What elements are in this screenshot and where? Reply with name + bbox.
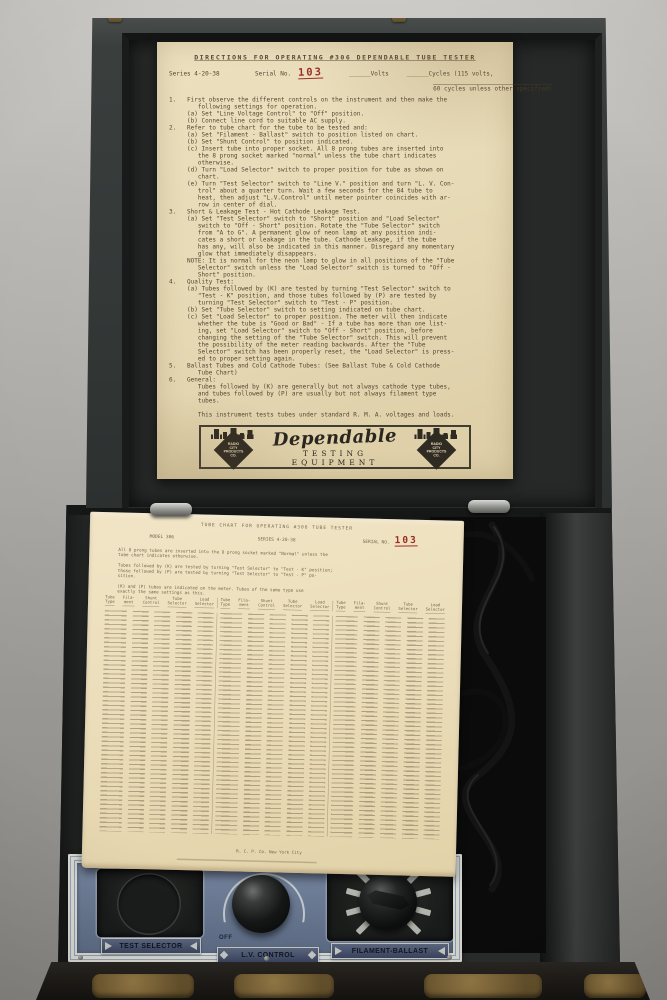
- chart-header-group: Tube Type Fila- ment Shunt Control Tube …: [217, 598, 333, 611]
- chart-column-header: Fila- ment: [123, 596, 135, 607]
- case-front: [36, 962, 650, 1000]
- chart-column-header: Load Selector: [426, 603, 446, 614]
- brand-block: Dependable TESTING EQUIPMENT: [259, 427, 412, 467]
- chart-column-header: Shunt Control: [258, 599, 275, 610]
- volts-cycles-line: ______Volts ______Cycles (115 volts, 60 …: [349, 70, 509, 92]
- banner-arrow-icon: [438, 947, 445, 955]
- instruction-sheet: DIRECTIONS FOR OPERATING #306 DEPENDABLE…: [157, 42, 513, 479]
- hinge-right: [468, 500, 510, 513]
- banner-cap-icon: [308, 951, 316, 959]
- chart-column: [99, 610, 126, 831]
- banner-arrow-icon: [105, 942, 112, 950]
- chart-column-group: [211, 613, 332, 837]
- panel-screw: [447, 955, 452, 960]
- chart-column: [330, 616, 357, 837]
- chart-column-group: [96, 610, 216, 834]
- test-selector-banner: TEST SELECTOR: [101, 938, 201, 954]
- chart-column-header: Load Selector: [310, 600, 330, 611]
- brass-fitting: [92, 974, 194, 998]
- lid-recess: DIRECTIONS FOR OPERATING #306 DEPENDABLE…: [122, 33, 602, 514]
- booklet-intro: All 8 prong tubes are inserted into the …: [117, 547, 438, 602]
- chart-rows-texture: [96, 610, 447, 839]
- doc-serial-label: Serial No.: [255, 70, 291, 77]
- brass-fitting: [584, 974, 646, 998]
- volts-cycles-line1: ______Volts ______Cycles (115 volts,: [349, 70, 493, 77]
- chart-column: [286, 615, 307, 836]
- hinge-left: [150, 503, 192, 516]
- chart-column: [380, 617, 401, 838]
- chart-column-header: Tube Type: [336, 601, 346, 612]
- case-right-wall: [540, 513, 620, 965]
- doc-title: DIRECTIONS FOR OPERATING #306 DEPENDABLE…: [157, 54, 513, 62]
- chart-column: [423, 618, 444, 839]
- volts-cycles-line2: 60 cycles unless other specified): [433, 84, 552, 92]
- doc-body: 1. First observe the different controls …: [169, 96, 515, 418]
- chart-column-header: Load Selector: [195, 597, 215, 608]
- diamond-badge: RADIO CITY PRODUCTS CO.: [213, 430, 253, 470]
- chart-column-header: Tube Selector: [283, 599, 303, 610]
- test-selector-label: TEST SELECTOR: [115, 943, 187, 950]
- booklet-footer: R. C. P. Co. New York City: [82, 845, 456, 859]
- chart-column: [215, 613, 242, 834]
- chart-column: [308, 615, 329, 836]
- logo-box: RADIO CITY PRODUCTS CO. Dependable TESTI…: [199, 425, 471, 469]
- chart-column-header: Tube Selector: [167, 597, 187, 608]
- booklet-title: TUBE CHART FOR OPERATING #306 TUBE TESTE…: [90, 520, 464, 534]
- chart-column-header: Shunt Control: [374, 602, 391, 613]
- serial-stamp: 103: [298, 66, 323, 80]
- chart-column-header: Tube Type: [105, 595, 115, 606]
- chart-column-header: Shunt Control: [143, 596, 160, 607]
- filament-ballast-banner: FILAMENT-BALLAST: [331, 943, 449, 959]
- chart-header-group: Tube Type Fila- ment Shunt Control Tube …: [102, 595, 217, 608]
- maker-name: RADIO CITY PRODUCTS CO.: [219, 436, 247, 464]
- brass-fitting: [424, 974, 542, 998]
- case-lid: DIRECTIONS FOR OPERATING #306 DEPENDABLE…: [86, 18, 612, 508]
- booklet-serial-label: SERIAL NO.: [363, 539, 390, 545]
- brand-name: Dependable: [258, 424, 412, 450]
- chart-column-header: Tube Selector: [398, 602, 418, 613]
- chart-column: [402, 618, 423, 839]
- tube-chart-booklet: TUBE CHART FOR OPERATING #306 TUBE TESTE…: [82, 512, 465, 877]
- chart-column-header: Fila- ment: [353, 601, 365, 612]
- panel-screw: [264, 956, 269, 961]
- banner-arrow-icon: [190, 942, 197, 950]
- filament-ballast-label: FILAMENT-BALLAST: [345, 948, 435, 955]
- off-label: OFF: [219, 935, 233, 941]
- brass-fitting: [234, 974, 334, 998]
- banner-arrow-icon: [335, 947, 342, 955]
- chart-column: [171, 612, 192, 833]
- chart-column: [127, 611, 148, 832]
- chart-column: [358, 616, 379, 837]
- chart-column-header: Tube Type: [220, 598, 230, 609]
- chart-column: [264, 614, 285, 835]
- booklet-serial-stamp: 103: [395, 534, 418, 546]
- chart-column: [243, 614, 264, 835]
- brand-subtitle: TESTING EQUIPMENT: [259, 449, 412, 467]
- radio-city-products-logo-right: RADIO CITY PRODUCTS CO.: [411, 428, 462, 466]
- booklet-faint-line: [177, 858, 317, 863]
- lv-control-knob: [232, 875, 290, 933]
- radio-city-products-logo-left: RADIO CITY PRODUCTS CO.: [208, 428, 259, 466]
- doc-serial-row: Series 4-20-38 Serial No. 103 ______Volt…: [157, 68, 513, 98]
- chart-column-header: Fila- ment: [238, 598, 250, 609]
- panel-field: TEST SELECTOR OFF L.V. CONTROL: [77, 863, 453, 953]
- panel-screw: [78, 955, 83, 960]
- doc-series: Series 4-20-38: [169, 70, 220, 77]
- chart-column: [149, 611, 170, 832]
- chart-column: [192, 612, 213, 833]
- chart-header-group: Tube Type Fila- ment Shunt Control Tube …: [332, 601, 448, 614]
- photo-scene: TEST SELECTOR OFF L.V. CONTROL: [0, 0, 667, 1000]
- chart-column-group: [327, 616, 448, 840]
- lv-control-banner: L.V. CONTROL: [217, 947, 319, 963]
- maker-name: RADIO CITY PRODUCTS CO.: [423, 436, 451, 464]
- banner-cap-icon: [220, 951, 228, 959]
